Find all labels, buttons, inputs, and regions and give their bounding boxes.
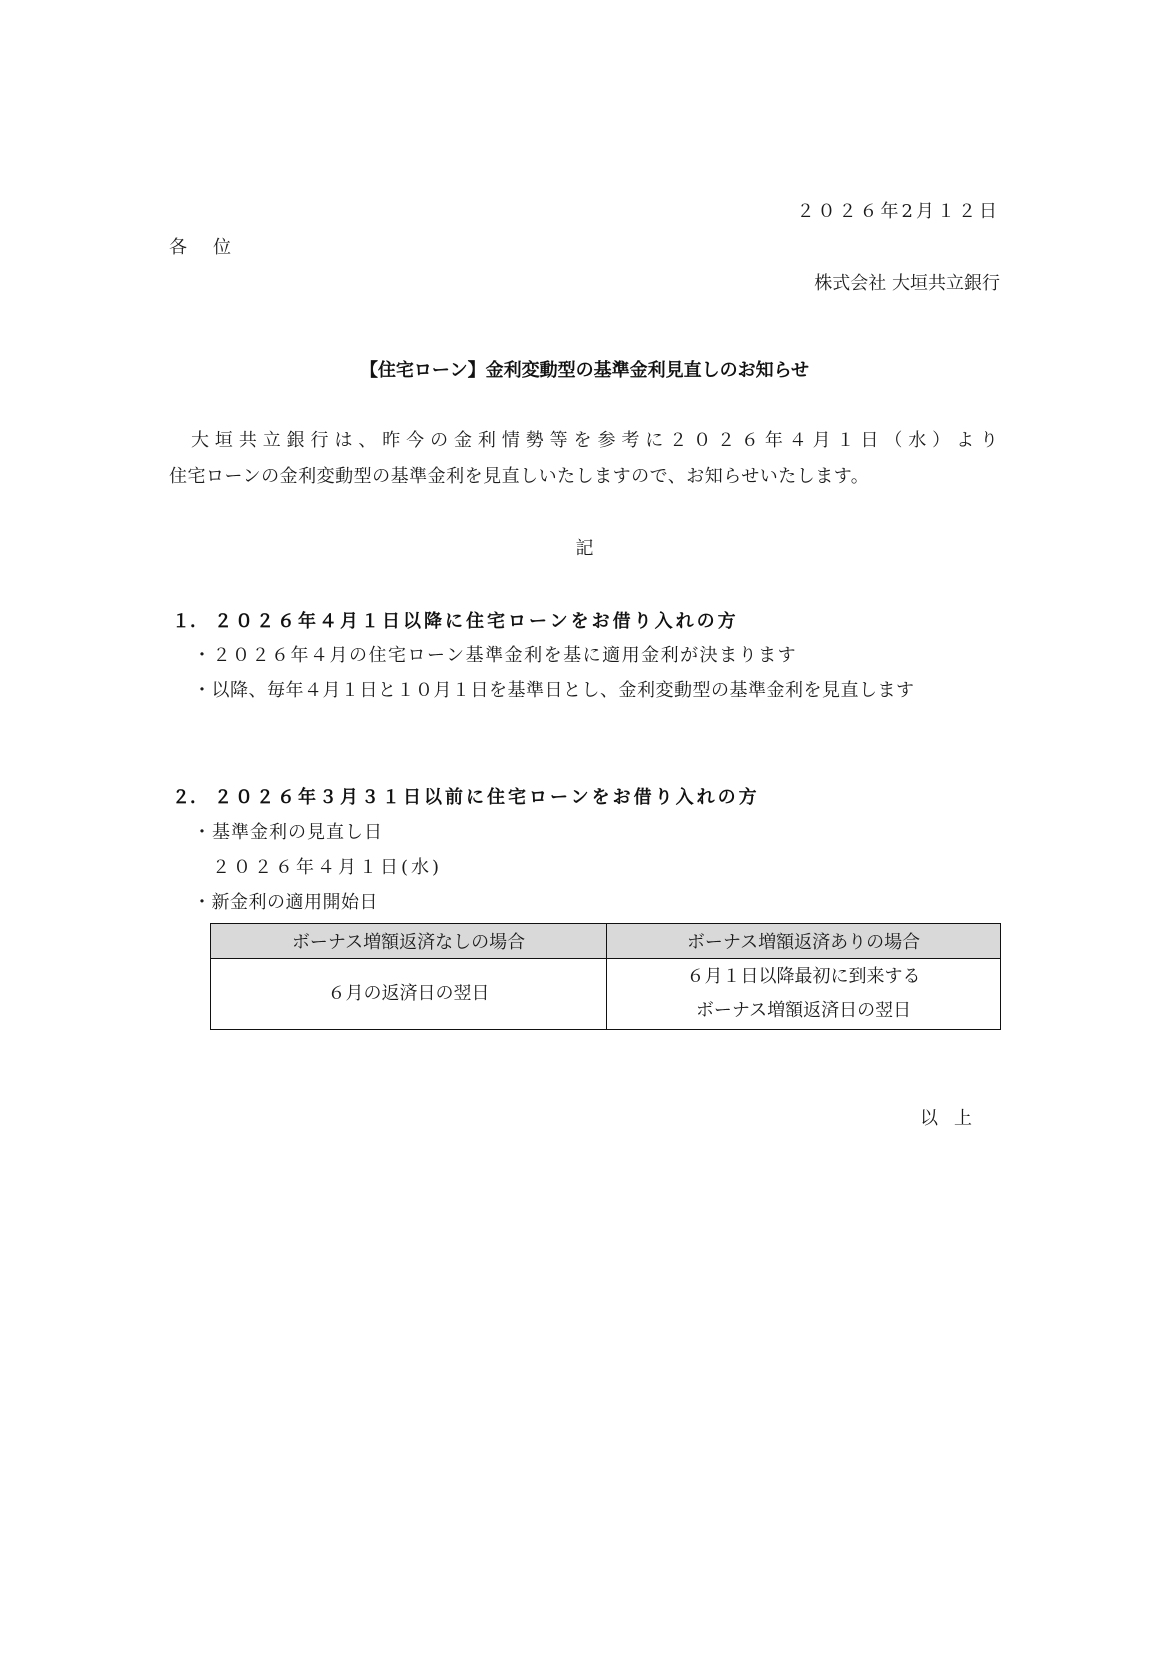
section-2-number: ２． xyxy=(172,789,214,807)
table-header-with-bonus: ボーナス増額返済ありの場合 xyxy=(607,924,1001,959)
section-1-item-2: ・以降、毎年４月１日と１０月１日を基準日とし、金利変動型の基準金利を見直します xyxy=(193,682,915,700)
table-header-no-bonus: ボーナス増額返済なしの場合 xyxy=(211,924,607,959)
section-1-item-1: ・２０２６年４月の住宅ローン基準金利を基に適用金利が決まります xyxy=(193,647,797,665)
addressee: 各 位 xyxy=(169,239,235,257)
intro-line-1: 大垣共立銀行は、昨今の金利情勢等を参考に２０２６年４月１日（水）より xyxy=(191,432,1000,450)
section-2-heading-text: ２０２６年３月３１日以前に住宅ローンをお借り入れの方 xyxy=(214,787,760,808)
table-cell-with-bonus-line-2: ボーナス増額返済日の翌日 xyxy=(607,994,1000,1028)
table-header-row: ボーナス増額返済なしの場合 ボーナス増額返済ありの場合 xyxy=(211,924,1001,959)
table-cell-with-bonus-line-1: ６月１日以降最初に到来する xyxy=(607,960,1000,994)
section-2-item-review-date-label: ・基準金利の見直し日 xyxy=(193,824,383,842)
ki-marker: 記 xyxy=(169,540,1000,558)
sender-name: 株式会社 大垣共立銀行 xyxy=(700,275,1000,293)
closing-mark: 以上 xyxy=(920,1110,988,1128)
start-date-table: ボーナス増額返済なしの場合 ボーナス増額返済ありの場合 ６月の返済日の翌日 ６月… xyxy=(210,923,1001,1030)
section-2-item-start-date-label: ・新金利の適用開始日 xyxy=(193,894,378,912)
section-2-review-date: ２０２６年４月１日(水) xyxy=(212,859,442,877)
section-2-heading: ２．２０２６年３月３１日以前に住宅ローンをお借り入れの方 xyxy=(172,789,760,807)
section-1-number: １． xyxy=(172,613,214,631)
table-cell-with-bonus: ６月１日以降最初に到来する ボーナス増額返済日の翌日 xyxy=(607,959,1001,1030)
document-title: 【住宅ローン】金利変動型の基準金利見直しのお知らせ xyxy=(169,362,1000,380)
table-row: ６月の返済日の翌日 ６月１日以降最初に到来する ボーナス増額返済日の翌日 xyxy=(211,959,1001,1030)
intro-line-2: 住宅ローンの金利変動型の基準金利を見直しいたしますので、お知らせいたします。 xyxy=(169,468,939,486)
table-cell-no-bonus: ６月の返済日の翌日 xyxy=(211,959,607,1030)
section-1-heading: １．２０２６年４月１日以降に住宅ローンをお借り入れの方 xyxy=(172,613,739,631)
issue-date: ２０２６年2月１２日 xyxy=(700,203,1000,221)
section-1-heading-text: ２０２６年４月１日以降に住宅ローンをお借り入れの方 xyxy=(214,611,739,632)
